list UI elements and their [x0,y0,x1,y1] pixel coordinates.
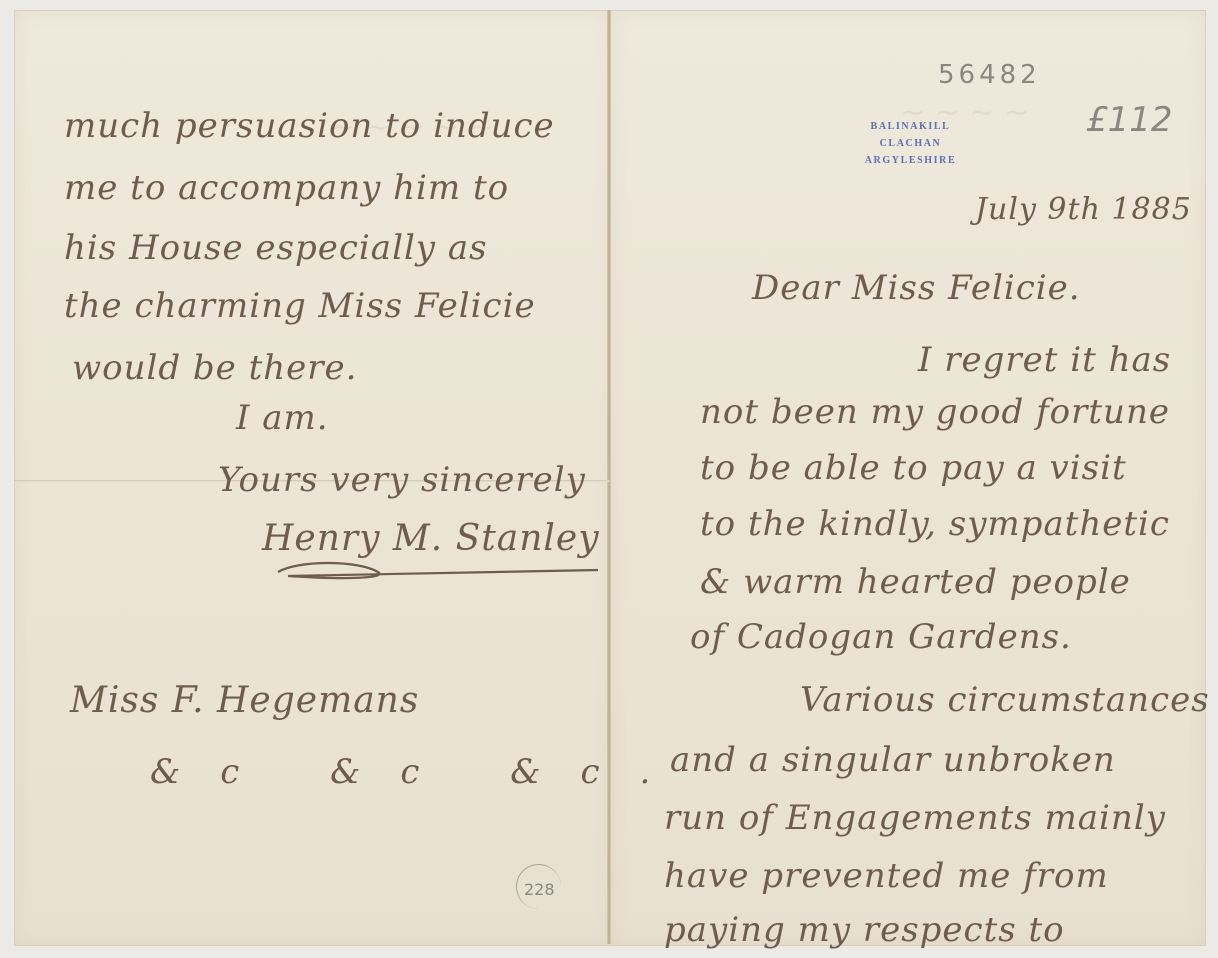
body-line: run of Engagements mainly [664,798,1166,838]
letterhead-line: ARGYLESHIRE [853,152,968,169]
signature: Henry M. Stanley [262,518,600,559]
body-line: to be able to pay a visit [700,448,1127,488]
body-line: much persuasion to induce [64,106,555,146]
body-line: Various circumstances [800,680,1210,720]
body-line: his House especially as [64,228,488,268]
body-line: of Cadogan Gardens. [690,617,1072,657]
catalog-number: 56482 [938,60,1041,90]
signature-flourish [268,556,598,584]
valediction: Yours very sincerely [218,460,586,500]
body-line: paying my respects to [664,910,1065,950]
body-line: and a singular unbroken [670,740,1116,780]
body-line: would be there. [72,348,357,388]
addressee: Miss F. Hegemans [70,680,419,721]
salutation: Dear Miss Felicie. [752,268,1081,308]
folio-number: 228 [524,880,555,899]
body-line: me to accompany him to [64,168,509,208]
body-line: have prevented me from [664,856,1109,896]
letterhead-line: BALINAKILL [853,118,968,135]
closing: I am. [236,398,329,438]
addressee-suffix: &c &c &c. [150,752,690,792]
body-line: the charming Miss Felicie [64,286,536,326]
letterhead: BALINAKILL CLACHAN ARGYLESHIRE [853,118,968,169]
letterhead-line: CLACHAN [853,135,968,152]
body-line: & warm hearted people [700,562,1131,602]
letter-date: July 9th 1885 [975,192,1192,227]
body-line: I regret it has [918,340,1171,380]
body-line: to the kindly, sympathetic [700,504,1170,544]
page-spine [607,10,611,944]
price-mark: £112 [1086,100,1173,140]
body-line: not been my good fortune [700,392,1170,432]
